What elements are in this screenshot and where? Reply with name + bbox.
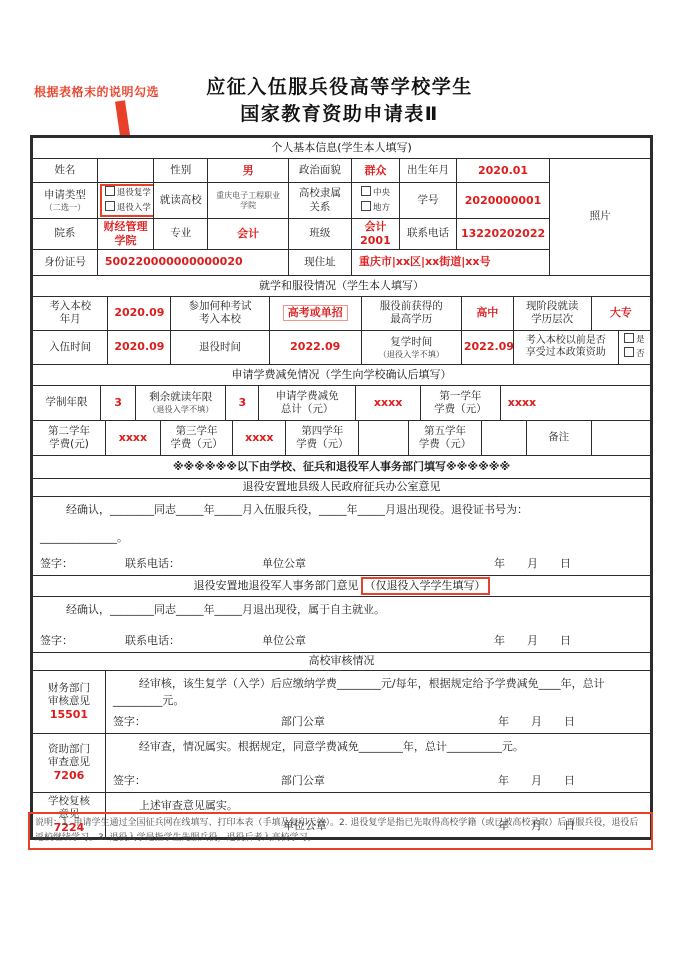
aid-dept-code: 7206 (35, 769, 103, 783)
apply-type-label: 申请类型 （二选一） (33, 183, 98, 219)
college-value: 重庆电子工程职业 学院 (208, 183, 288, 219)
year1-fee-value: xxxx (500, 385, 650, 420)
dept-label: 院系 (33, 219, 98, 250)
personal-info-table: 个人基本信息(学生本人填写) 姓名 性别 男 政治面貌 群众 出生年月 2020… (32, 137, 651, 276)
finance-dept-code: 15501 (35, 708, 103, 722)
draft-office-line1: 经确认，________同志_____年_____月入伍服兵役，_____年__… (40, 501, 643, 518)
unit-seal-label: 单位公章 (262, 557, 306, 571)
option-retire-enroll: 退役入学 (105, 201, 151, 216)
prior-benefit-label: 考入本校以前是否 享受过本政策资助 (513, 330, 618, 364)
checkbox-no[interactable] (624, 347, 634, 357)
exam-type-value: 高考或单招 (283, 305, 348, 321)
apply-type-options: 退役复学 退役入学 (97, 183, 153, 219)
birth-value: 2020.01 (456, 159, 549, 183)
dept-seal-label: 部门公章 (281, 715, 325, 729)
option-yes: 是 (624, 333, 645, 348)
class-value: 会计2001 (351, 219, 399, 250)
remaining-years-label: 剩余就读年限 （退役入学不填） (136, 385, 226, 420)
sign-label: 签字： (113, 715, 146, 729)
exam-type-cell: 高考或单招 (269, 296, 361, 330)
affiliation-label: 高校隶属 关系 (288, 183, 351, 219)
draft-office-body: 经确认，________同志_____年_____月入伍服兵役，_____年__… (33, 497, 650, 575)
resume-date-label: 复学时间 （退役入学不填） (361, 330, 461, 364)
year2-fee-value: xxxx (105, 420, 160, 455)
finance-review-text: 经审核，该生复学（入学）后应缴纳学费________元/每年，根据规定给予学费减… (113, 675, 643, 709)
year3-fee-value: xxxx (233, 420, 286, 455)
year2-fee-label: 第二学年 学费(元) (33, 420, 106, 455)
name-value (97, 159, 153, 183)
remaining-years-label-text: 剩余就读年限 (138, 391, 223, 404)
tuition-section-header: 申请学费减免情况（学生向学校确认后填写） (33, 364, 651, 385)
remark-value (591, 420, 650, 455)
option-local: 地方 (361, 201, 390, 216)
draft-office-line2: ______________。 (40, 529, 643, 546)
exam-type-label: 参加何种考试 考入本校 (171, 296, 269, 330)
college-label: 就读高校 (154, 183, 208, 219)
discharge-date-value: 2022.09 (269, 330, 361, 364)
year3-fee-label: 第三学年 学费（元） (160, 420, 232, 455)
dept-value: 财经管理学院 (97, 219, 153, 250)
gender-value: 男 (208, 159, 288, 183)
year5-fee-label: 第五学年 学费（元） (409, 420, 481, 455)
divider-table: ※※※※※※以下由学校、征兵和退役军人事务部门填写※※※※※※ (32, 455, 651, 479)
resume-date-label-text: 复学时间 (364, 336, 459, 349)
major-label: 专业 (154, 219, 208, 250)
title-line2: 国家教育资助申请表Ⅱ (0, 101, 679, 128)
aid-dept-label: 资助部门 审查意见 7206 (33, 733, 106, 792)
sign-label: 签字： (113, 774, 146, 788)
personal-section-header: 个人基本信息(学生本人填写) (33, 138, 651, 159)
remaining-years-value: 3 (226, 385, 259, 420)
discharge-date-label: 退役时间 (171, 330, 269, 364)
form-page: 根据表格末的说明勾选 应征入伍服兵役高等学校学生 国家教育资助申请表Ⅱ 个人基本… (0, 0, 679, 960)
dept-seal-label: 部门公章 (281, 774, 325, 788)
gender-label: 性别 (154, 159, 208, 183)
political-label: 政治面貌 (288, 159, 351, 183)
unit-seal-label: 单位公章 (262, 634, 306, 648)
checkbox-retire-resume[interactable] (105, 186, 115, 196)
pre-education-label: 服役前获得的 最高学历 (361, 296, 461, 330)
service-section-header: 就学和服役情况（学生本人填写） (33, 275, 651, 296)
apply-type-highlight-box: 退役复学 退役入学 (100, 184, 154, 217)
footnote-box: 说明：1. 申请学生通过全国征兵网在线填写、打印本表（手填及复印无效）。2. 退… (28, 812, 653, 850)
affiliation-options: 中央 地方 (351, 183, 399, 219)
year5-fee-value (481, 420, 526, 455)
waiver-total-value: xxxx (356, 385, 421, 420)
checkbox-yes[interactable] (624, 333, 634, 343)
apply-type-sub: （二选一） (35, 202, 95, 212)
resume-date-value: 2022.09 (461, 330, 513, 364)
checkbox-retire-enroll[interactable] (105, 201, 115, 211)
pre-education-value: 高中 (461, 296, 513, 330)
study-years-value: 3 (100, 385, 135, 420)
checkbox-central[interactable] (361, 186, 371, 196)
date-label: 年 月 日 (494, 557, 571, 571)
aid-review-text: 经审查，情况属实。根据规定，同意学费减免________年，总计________… (113, 738, 643, 755)
review-section-header: 高校审核情况 (33, 652, 651, 670)
student-id-value: 2020000001 (456, 183, 549, 219)
veteran-office-line1: 经确认，________同志_____年_____月退出现役，属于自主就业。 (40, 601, 643, 618)
year4-fee-value (359, 420, 409, 455)
major-value: 会计 (208, 219, 288, 250)
birth-label: 出生年月 (400, 159, 457, 183)
draft-office-header: 退役安置地县级人民政府征兵办公室意见 (33, 478, 651, 496)
service-table-row1: 就学和服役情况（学生本人填写） 考入本校 年月 2020.09 参加何种考试 考… (32, 275, 651, 331)
phone-value: 13220202022 (456, 219, 549, 250)
date-label: 年 月 日 (494, 634, 571, 648)
address-value: 重庆市|xx区|xx街道|xx号 (351, 249, 549, 275)
class-label: 班级 (288, 219, 351, 250)
veteran-office-table: 退役安置地退役军人事务部门意见（仅退役入学学生填写） 经确认，________同… (32, 575, 651, 653)
application-form: 个人基本信息(学生本人填写) 姓名 性别 男 政治面貌 群众 出生年月 2020… (30, 135, 653, 840)
remark-label: 备注 (526, 420, 591, 455)
date-label: 年 月 日 (498, 715, 575, 729)
phone-contact-label: 联系电话： (125, 634, 180, 648)
address-label: 现住址 (288, 249, 351, 275)
enroll-date-value: 2020.09 (108, 296, 171, 330)
current-level-value: 大专 (591, 296, 650, 330)
student-id-label: 学号 (400, 183, 457, 219)
photo-cell: 照片 (550, 159, 651, 276)
phone-label: 联系电话 (400, 219, 457, 250)
page-title: 应征入伍服兵役高等学校学生 国家教育资助申请表Ⅱ (0, 74, 679, 127)
aid-review-body: 经审查，情况属实。根据规定，同意学费减免________年，总计________… (106, 734, 650, 792)
phone-contact-label: 联系电话： (125, 557, 180, 571)
veteran-office-sign-row: 签字： 联系电话： 单位公章 年 月 日 (40, 634, 643, 648)
year1-fee-label: 第一学年 学费（元） (421, 385, 501, 420)
veteran-office-body: 经确认，________同志_____年_____月退出现役，属于自主就业。 签… (33, 597, 650, 652)
waiver-total-label: 申请学费减免 总计（元） (259, 385, 356, 420)
id-number-label: 身份证号 (33, 249, 98, 275)
option-retire-resume: 退役复学 (105, 186, 151, 201)
option-central: 中央 (361, 186, 390, 201)
sign-label: 签字： (40, 557, 73, 571)
enroll-date-label: 考入本校 年月 (33, 296, 108, 330)
tuition-table-row1: 申请学费减免情况（学生向学校确认后填写） 学制年限 3 剩余就读年限 （退役入学… (32, 364, 651, 421)
year4-fee-label: 第四学年 学费（元） (286, 420, 359, 455)
title-line1: 应征入伍服兵役高等学校学生 (0, 74, 679, 101)
enlist-date-value: 2020.09 (108, 330, 171, 364)
enlist-date-label: 入伍时间 (33, 330, 108, 364)
veteran-office-header-note: （仅退役入学学生填写） (361, 577, 490, 595)
tuition-table-row2: 第二学年 学费(元) xxxx 第三学年 学费（元） xxxx 第四学年 学费（… (32, 420, 651, 456)
date-label: 年 月 日 (498, 774, 575, 788)
option-no: 否 (624, 347, 645, 362)
sign-label: 签字： (40, 634, 73, 648)
id-number-value: 500220000000000020 (97, 249, 288, 275)
review-table: 高校审核情况 财务部门 审核意见 15501 经审核，该生复学（入学）后应缴纳学… (32, 652, 651, 838)
finance-sign-row: 签字： 部门公章 年 月 日 (113, 715, 643, 729)
remaining-years-sub: （退役入学不填） (138, 404, 223, 414)
prior-benefit-options: 是 否 (618, 330, 650, 364)
finance-review-body: 经审核，该生复学（入学）后应缴纳学费________元/每年，根据规定给予学费减… (106, 671, 650, 733)
apply-type-label-text: 申请类型 (35, 189, 95, 202)
study-years-label: 学制年限 (33, 385, 101, 420)
current-level-label: 现阶段就读 学历层次 (513, 296, 591, 330)
draft-office-table: 退役安置地县级人民政府征兵办公室意见 经确认，________同志_____年_… (32, 478, 651, 576)
draft-office-sign-row: 签字： 联系电话： 单位公章 年 月 日 (40, 557, 643, 571)
aid-sign-row: 签字： 部门公章 年 月 日 (113, 774, 643, 788)
veteran-office-header: 退役安置地退役军人事务部门意见（仅退役入学学生填写） (33, 575, 651, 596)
resume-date-sub: （退役入学不填） (364, 349, 459, 359)
name-label: 姓名 (33, 159, 98, 183)
political-value: 群众 (351, 159, 399, 183)
finance-dept-label: 财务部门 审核意见 15501 (33, 670, 106, 733)
service-table-row2: 入伍时间 2020.09 退役时间 2022.09 复学时间 （退役入学不填） … (32, 330, 651, 365)
checkbox-local[interactable] (361, 201, 371, 211)
official-section-divider: ※※※※※※以下由学校、征兵和退役军人事务部门填写※※※※※※ (33, 455, 651, 478)
